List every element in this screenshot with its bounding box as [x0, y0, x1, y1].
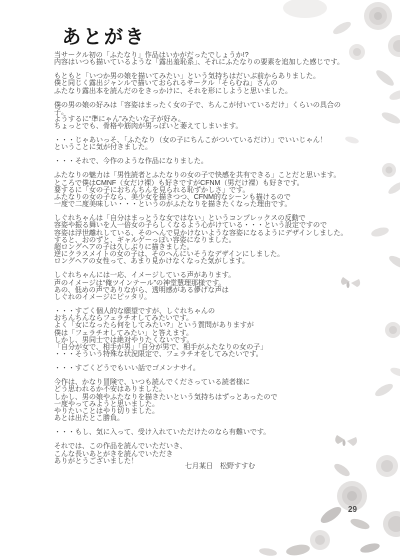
paragraph-apology: ・・・すごくどうでもいい話でゴメンナサイ。 — [54, 365, 354, 372]
page-number: 29 — [348, 505, 357, 514]
afterword-body: 当サークル初の「ふたなり」作品はいかがだったでしょうか!? 内容はいつも描いてい… — [54, 52, 354, 472]
paragraph-character-design: しぐれちゃんは「自分はまっとうな女ではない」というコンプレックスの反動で 容姿や… — [54, 215, 354, 265]
paragraph-realization: ・・・じゃあいっそ、「ふたなり（女の子にちんこがついているだけ）」でいいじゃん！… — [54, 137, 354, 151]
paragraph-preference: 僕の男の娘の好みは「容姿はまったく女の子で、ちんこが付いているだけ」くらいの具合… — [54, 102, 354, 131]
paragraph-voice-image: しぐれちゃんには一応、イメージしている声があります。 声のイメージは“俺ツインテ… — [54, 272, 354, 301]
paragraph-appeal: ふたなりの魅力は「男性読者とふたなりの女の子で快感を共有できる」ことだと思います… — [54, 172, 354, 208]
paragraph-motivation: もともと「いつか男の娘を描いてみたい」という気持ちはだいぶ前からありました。 僕… — [54, 73, 354, 95]
paragraph-personal-wish: ・・・すごく個人的な願望ですが、しぐれちゃんの おちんちんならフェラチオしてみた… — [54, 308, 354, 358]
page-title: あとがき — [62, 22, 146, 49]
paragraph-challenge: 今作は、かなり冒険で、いつも読んでくださっている読者様に どう思われるか不安はあ… — [54, 379, 354, 422]
paragraph-result: ・・・それで、今作のような作品になりました。 — [54, 158, 354, 165]
signature: 七月某日 松野すすむ — [185, 461, 255, 471]
paragraph-hope: ・・・もし、気に入って、受け入れていただけたのなら有難いです。 — [54, 429, 354, 436]
paragraph-intro: 当サークル初の「ふたなり」作品はいかがだったでしょうか!? 内容はいつも描いてい… — [54, 52, 354, 66]
afterword-page: あとがき 当サークル初の「ふたなり」作品はいかがだったでしょうか!? 内容はいつ… — [0, 0, 400, 556]
